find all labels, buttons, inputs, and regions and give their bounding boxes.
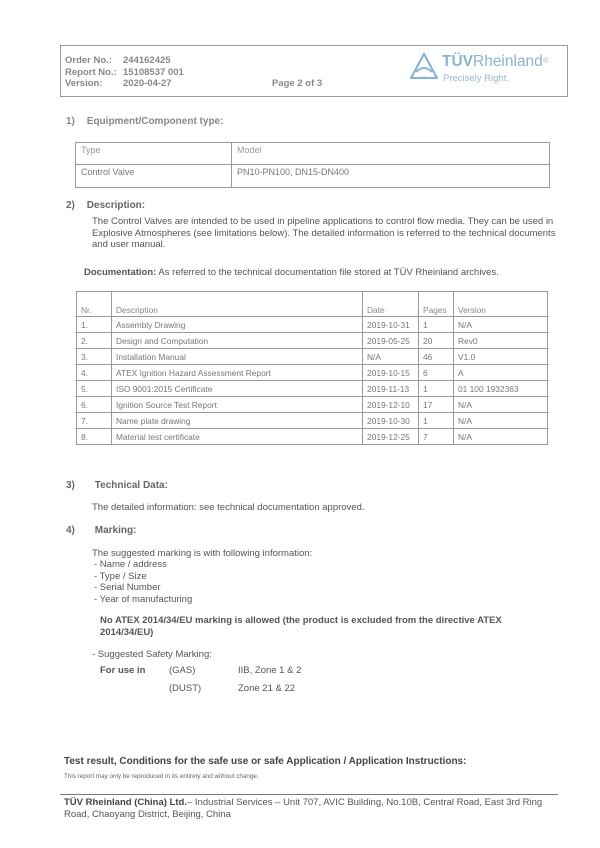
equipment-table: Type Model Control Valve PN10-PN100, DN1… (75, 142, 550, 188)
table-row: 7.Name plate drawing2019-10-301N/A (77, 413, 548, 429)
cell-nr: 5. (77, 381, 112, 397)
cell-date: 2019-11-13 (363, 381, 419, 397)
cell-date: 2019-10-31 (363, 317, 419, 333)
cell-pages: 1 (419, 381, 454, 397)
marking-list: - Name / address- Type / Size- Serial Nu… (94, 559, 192, 605)
cell-date: 2019-10-30 (363, 413, 419, 429)
reproduction-note: This report may only be reproduced in it… (64, 773, 259, 780)
header-date: Date (363, 292, 419, 317)
cell-description: ATEX Ignition Hazard Assessment Report (112, 365, 363, 381)
marking-dust-zone: Zone 21 & 22 (238, 683, 295, 695)
table-row: 3.Installation ManualN/A46V1.0 (77, 349, 548, 365)
section-4-title: Marking: (95, 525, 137, 536)
cell-date: 2019-12-10 (363, 397, 419, 413)
cell-nr: 1. (77, 317, 112, 333)
version-value: 2020-04-27 (123, 78, 172, 90)
cell-pages: 7 (419, 429, 454, 445)
cell-version: N/A (454, 429, 548, 445)
header-model: Model (232, 143, 550, 165)
marking-dust-medium: (DUST) (169, 683, 201, 695)
marking-list-item: - Serial Number (94, 582, 192, 594)
marking-intro: The suggested marking is with following … (92, 548, 312, 560)
header-type: Type (76, 143, 232, 165)
cell-version: N/A (454, 397, 548, 413)
cell-pages: 1 (419, 413, 454, 429)
registered-mark: ® (543, 58, 548, 65)
cell-version: Rev0 (454, 333, 548, 349)
order-no-value: 244162425 (123, 55, 171, 67)
cell-date: 2019-12-25 (363, 429, 419, 445)
page-number: Page 2 of 3 (272, 78, 322, 89)
cell-date: 2019-05-25 (363, 333, 419, 349)
table-row: Control Valve PN10-PN100, DN15-DN400 (76, 165, 550, 188)
cell-pages: 17 (419, 397, 454, 413)
table-row: 4.ATEX Ignition Hazard Assessment Report… (77, 365, 548, 381)
cell-description: Ignition Source Test Report (112, 397, 363, 413)
tuv-triangle-logo-icon (409, 52, 439, 80)
report-meta: Order No.:244162425 Report No.:15108537 … (65, 55, 184, 90)
version-label: Version: (65, 78, 123, 90)
footer-address: TÜV Rheinland (China) Ltd.– Industrial S… (64, 797, 564, 820)
documentation-text: As referred to the technical documentati… (156, 267, 383, 278)
cell-nr: 8. (77, 429, 112, 445)
cell-nr: 6. (77, 397, 112, 413)
marking-gas-medium: (GAS) (169, 665, 195, 677)
cell-nr: 7. (77, 413, 112, 429)
section-2-title: Description: (87, 200, 145, 211)
brand-slogan: Precisely Right. (443, 73, 509, 84)
table-header-row: Nr. Description Date Pages Version (77, 292, 548, 317)
safety-marking-label: - Suggested Safety Marking: (92, 649, 212, 661)
cell-nr: 2. (77, 333, 112, 349)
section-2-number: 2) (66, 200, 84, 211)
cell-description: Material test certificate (112, 429, 363, 445)
footer-company: TÜV Rheinland (China) Ltd. (64, 797, 187, 808)
header-description: Description (112, 292, 363, 317)
cell-pages: 20 (419, 333, 454, 349)
header-nr: Nr. (77, 292, 112, 317)
cell-description: ISO 9001:2015 Certificate (112, 381, 363, 397)
cell-version: V1.0 (454, 349, 548, 365)
cell-description: Installation Manual (112, 349, 363, 365)
table-row: 6.Ignition Source Test Report2019-12-101… (77, 397, 548, 413)
table-row: 5.ISO 9001:2015 Certificate2019-11-13101… (77, 381, 548, 397)
order-no-label: Order No.: (65, 55, 123, 67)
atex-notice: No ATEX 2014/34/EU marking is allowed (t… (100, 615, 530, 638)
report-no-label: Report No.: (65, 67, 123, 79)
marking-gas-zone: IIB, Zone 1 & 2 (238, 665, 301, 677)
table-row: 8.Material test certificate2019-12-257N/… (77, 429, 548, 445)
cell-description: Name plate drawing (112, 413, 363, 429)
section-1-heading: 1) Equipment/Component type: (66, 116, 223, 127)
documentation-archive: at TÜV Rheinland archives. (383, 267, 498, 278)
section-4-heading: 4) Marking: (66, 525, 136, 536)
table-row: 1.Assembly Drawing2019-10-311N/A (77, 317, 548, 333)
documentation-line: Documentation: As referred to the techni… (84, 267, 564, 279)
cell-pages: 6 (419, 365, 454, 381)
cell-date: 2019-10-15 (363, 365, 419, 381)
section-2-heading: 2) Description: (66, 200, 145, 211)
marking-list-item: - Year of manufacturing (94, 594, 192, 606)
test-result-heading: Test result, Conditions for the safe use… (64, 756, 466, 767)
section-4-number: 4) (66, 525, 92, 536)
description-text: The Control Valves are intended to be us… (92, 216, 562, 251)
cell-type: Control Valve (76, 165, 232, 188)
report-no-value: 15108537 001 (123, 67, 184, 79)
cell-version: A (454, 365, 548, 381)
documentation-label: Documentation: (84, 267, 156, 278)
cell-pages: 46 (419, 349, 454, 365)
cell-date: N/A (363, 349, 419, 365)
cell-nr: 4. (77, 365, 112, 381)
marking-list-item: - Name / address (94, 559, 192, 571)
header-version: Version (454, 292, 548, 317)
cell-model: PN10-PN100, DN15-DN400 (232, 165, 550, 188)
brand-rheinland: Rheinland (473, 53, 543, 70)
footer-divider (60, 794, 558, 795)
cell-description: Design and Computation (112, 333, 363, 349)
brand-logo: TÜVRheinland® (442, 53, 548, 71)
technical-data-text: The detailed information: see technical … (92, 502, 365, 514)
section-1-title: Equipment/Component type: (87, 116, 224, 127)
cell-version: 01 100 1932363 (454, 381, 548, 397)
table-header-row: Type Model (76, 143, 550, 165)
brand-tuv: TÜV (442, 53, 473, 70)
table-row: 2.Design and Computation2019-05-2520Rev0 (77, 333, 548, 349)
header-pages: Pages (419, 292, 454, 317)
marking-list-item: - Type / Size (94, 571, 192, 583)
cell-version: N/A (454, 317, 548, 333)
cell-version: N/A (454, 413, 548, 429)
section-1-number: 1) (66, 116, 84, 127)
section-3-heading: 3) Technical Data: (66, 480, 168, 491)
cell-pages: 1 (419, 317, 454, 333)
for-use-in-label: For use in (100, 665, 145, 677)
section-3-number: 3) (66, 480, 92, 491)
cell-description: Assembly Drawing (112, 317, 363, 333)
cell-nr: 3. (77, 349, 112, 365)
section-3-title: Technical Data: (95, 480, 168, 491)
documentation-table: Nr. Description Date Pages Version 1.Ass… (76, 291, 548, 445)
